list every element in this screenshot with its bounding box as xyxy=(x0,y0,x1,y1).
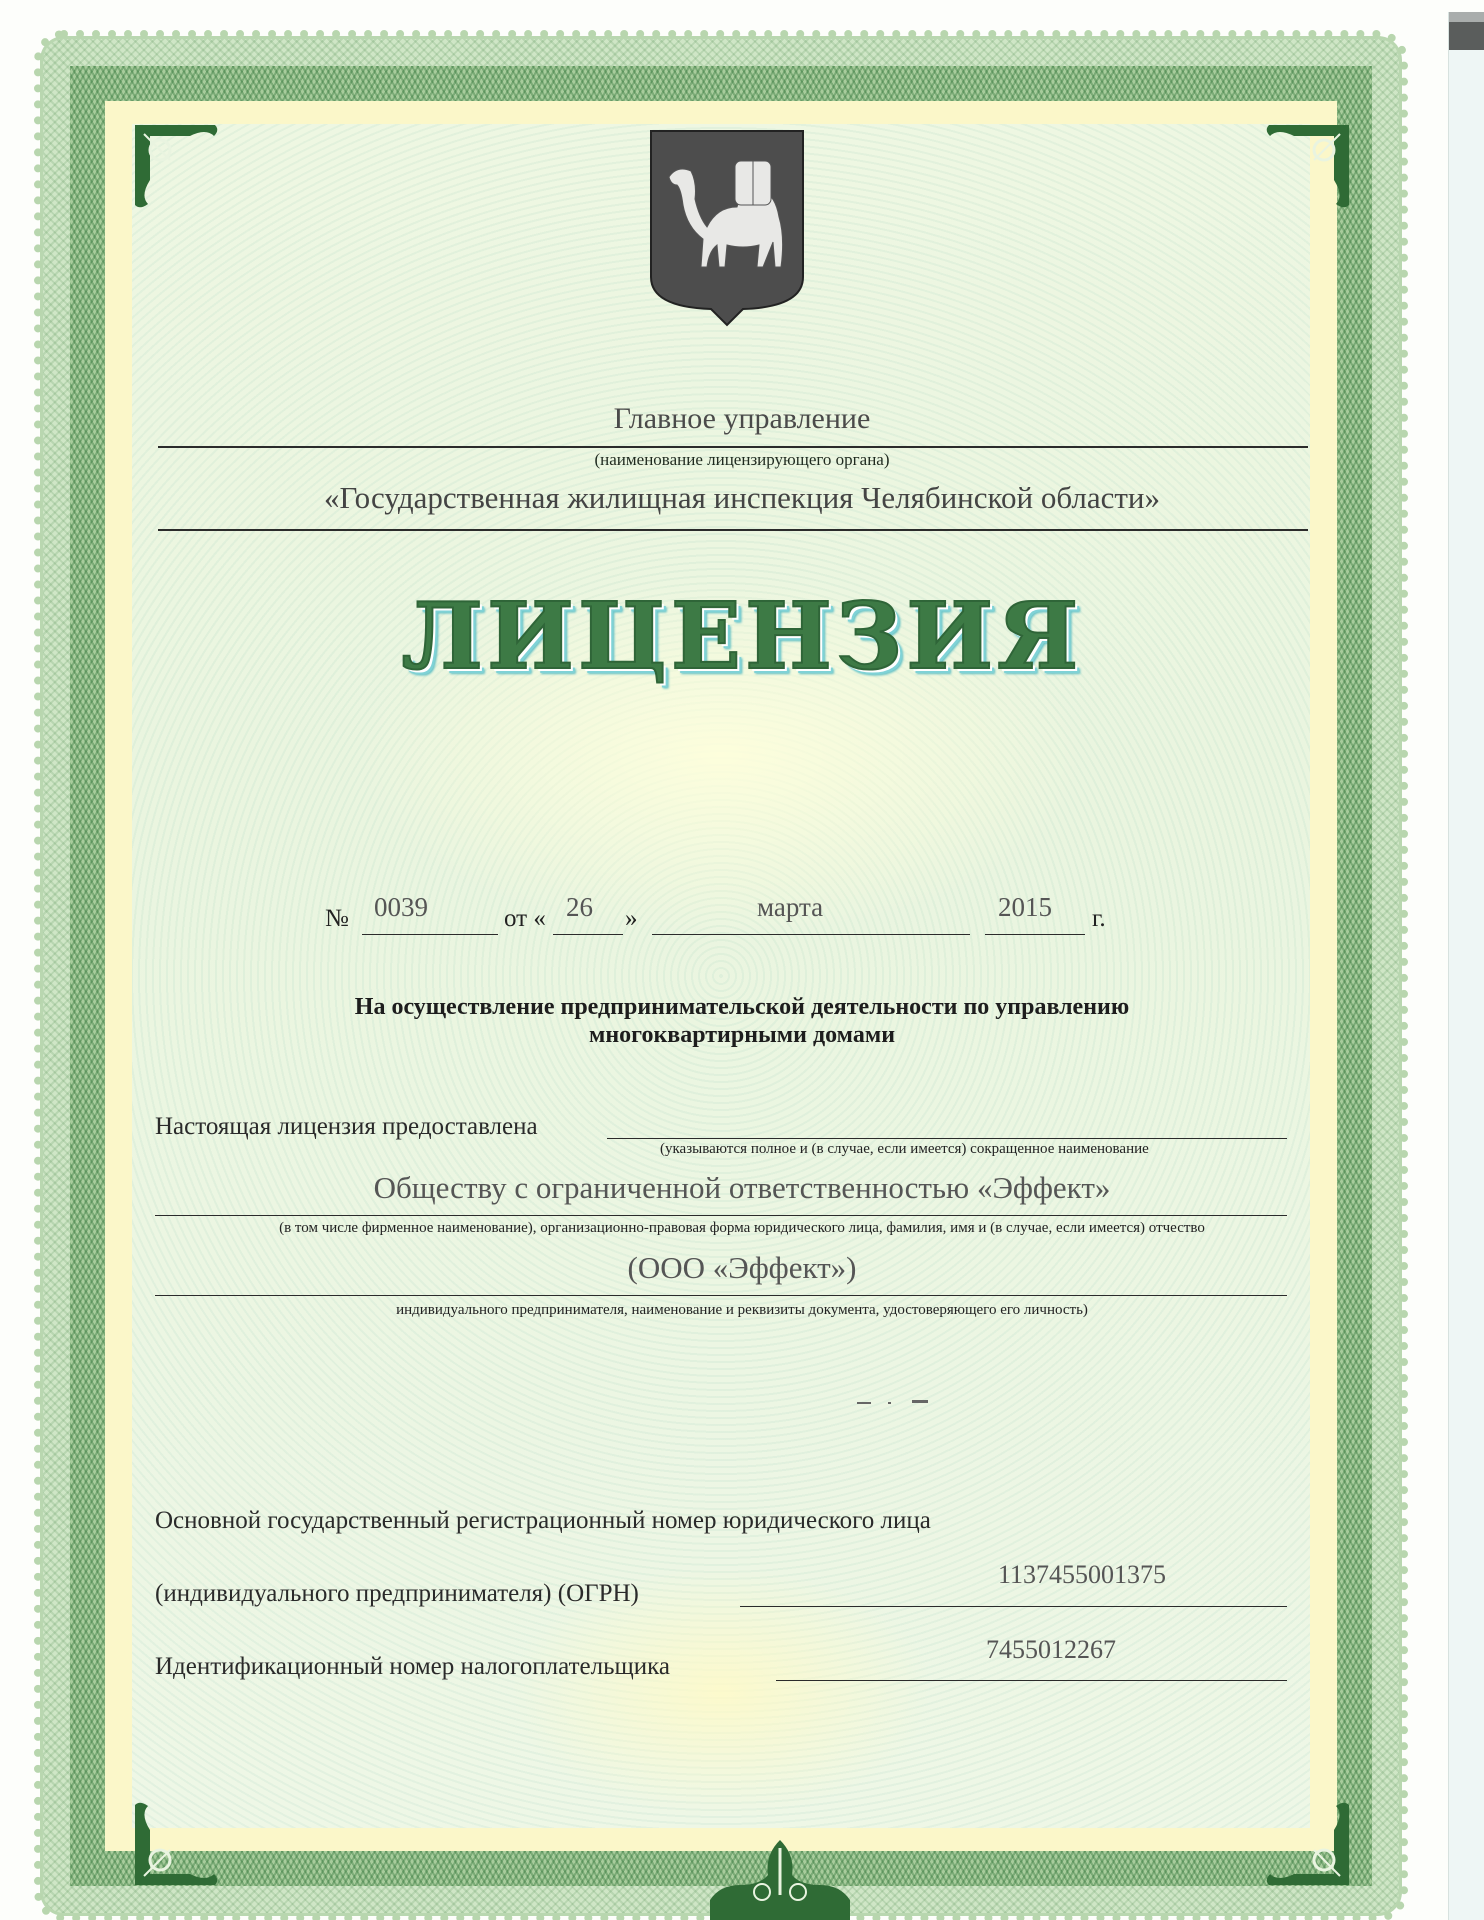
ogrn-label-line2: (индивидуального предпринимателя) (ОГРН) xyxy=(155,1580,639,1608)
coat-of-arms-camel-icon xyxy=(647,127,807,327)
grantee-full-name: Обществу с ограниченной ответственностью… xyxy=(0,1170,1484,1206)
grantee-caption-3: индивидуального предпринимателя, наимено… xyxy=(0,1302,1484,1319)
authority-name-line2: «Государственная жилищная инспекция Челя… xyxy=(0,480,1484,516)
license-month-rule xyxy=(652,934,970,935)
license-year-value: 2015 xyxy=(998,892,1052,923)
license-number-label: № xyxy=(325,905,349,933)
ogrn-label-line1: Основной государственный регистрационный… xyxy=(155,1507,931,1535)
document-title: ЛИЦЕНЗИЯ xyxy=(0,582,1484,690)
scanner-edge-light xyxy=(1449,12,1484,22)
scan-mark xyxy=(888,1402,891,1404)
license-year-rule xyxy=(985,934,1085,935)
bottom-center-ornament-icon xyxy=(700,1840,860,1920)
corner-ornament-icon xyxy=(1264,120,1354,210)
license-purpose: На осуществление предпринимательской дея… xyxy=(0,993,1484,1049)
grantee-rule-1 xyxy=(607,1138,1287,1139)
license-purpose-line1: На осуществление предпринимательской дея… xyxy=(0,993,1484,1021)
license-year-suffix: г. xyxy=(1092,905,1106,933)
ogrn-rule xyxy=(740,1606,1287,1607)
scanner-edge-strip xyxy=(1448,12,1484,1920)
license-purpose-line2: многоквартирными домами xyxy=(0,1021,1484,1049)
authority-name-line1: Главное управление xyxy=(0,402,1484,436)
grantee-label: Настоящая лицензия предоставлена xyxy=(155,1113,538,1141)
grantee-rule-2 xyxy=(155,1215,1287,1216)
grantee-caption-2: (в том числе фирменное наименование), ор… xyxy=(0,1220,1484,1237)
license-day-value: 26 xyxy=(566,892,593,923)
license-number-value: 0039 xyxy=(374,892,428,923)
corner-ornament-icon xyxy=(130,1800,220,1890)
inn-value: 7455012267 xyxy=(986,1635,1116,1665)
grantee-rule-3 xyxy=(155,1295,1287,1296)
license-month-value: марта xyxy=(757,892,823,923)
license-day-rule xyxy=(553,934,623,935)
scan-mark xyxy=(912,1400,928,1403)
inn-rule xyxy=(776,1680,1287,1681)
authority-rule-2 xyxy=(158,529,1308,531)
corner-ornament-icon xyxy=(1264,1800,1354,1890)
license-day-close-quote: » xyxy=(625,905,638,933)
scan-mark xyxy=(857,1402,871,1404)
ogrn-value: 1137455001375 xyxy=(998,1560,1166,1590)
license-number-rule xyxy=(362,934,498,935)
scanner-edge-tab xyxy=(1449,22,1484,50)
grantee-short-name: (ООО «Эффект») xyxy=(0,1250,1484,1286)
corner-ornament-icon xyxy=(130,120,220,210)
inn-label: Идентификационный номер налогоплательщик… xyxy=(155,1653,670,1681)
license-date-from-label: от « xyxy=(504,905,546,933)
authority-caption: (наименование лицензирующего органа) xyxy=(0,450,1484,470)
grantee-caption-1: (указываются полное и (в случае, если им… xyxy=(660,1141,1149,1158)
authority-rule-1 xyxy=(158,446,1308,448)
